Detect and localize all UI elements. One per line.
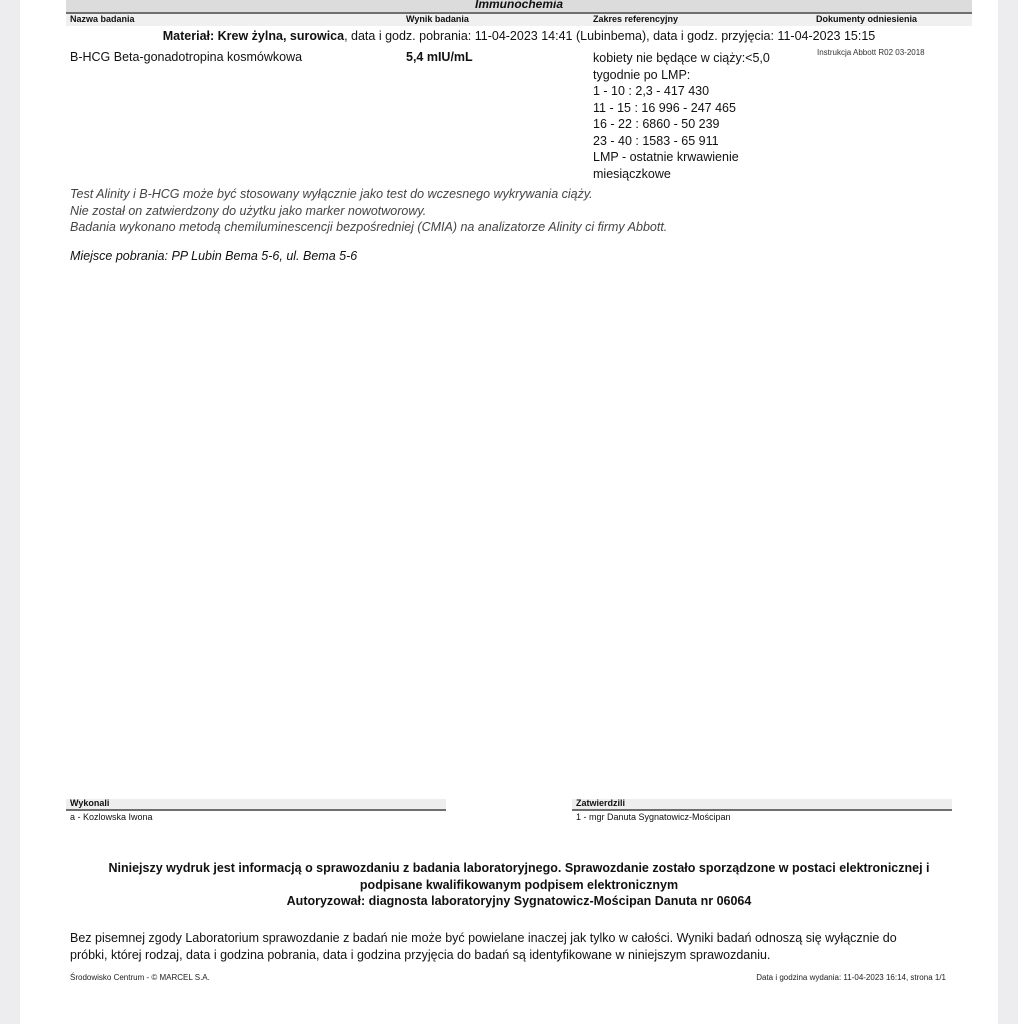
electronic-signature-notice: Niniejszy wydruk jest informacją o spraw…: [66, 860, 972, 910]
notice-line: Autoryzował: diagnosta laboratoryjny Syg…: [66, 893, 972, 910]
footer-left: Środowisko Centrum - © MARCEL S.A.: [70, 973, 210, 982]
footer-right: Data i godzina wydania: 11-04-2023 16:14…: [756, 973, 946, 982]
note-line: Test Alinity i B-HCG może być stosowany …: [70, 186, 667, 203]
material-label: Materiał: Krew żylna, surowica: [163, 29, 344, 43]
section-header-bar: Immunochemia: [66, 0, 972, 14]
reference-line: 16 - 22 : 6860 - 50 239: [593, 116, 770, 133]
section-title: Immunochemia: [66, 0, 972, 11]
note-line: Badania wykonano metodą chemiluminescenc…: [70, 219, 667, 236]
disclaimer-line: próbki, której rodzaj, data i godzina po…: [70, 947, 970, 964]
reproduction-disclaimer: Bez pisemnej zgody Laboratorium sprawozd…: [70, 930, 970, 963]
reference-line: LMP - ostatnie krwawienie: [593, 149, 770, 166]
reference-line: 1 - 10 : 2,3 - 417 430: [593, 83, 770, 100]
material-line: Materiał: Krew żylna, surowica, data i g…: [66, 29, 972, 43]
test-result: 5,4 mIU/mL: [406, 50, 473, 64]
test-name: B-HCG Beta-gonadotropina kosmówkowa: [70, 50, 302, 64]
approved-by-label: Zatwierdzili: [576, 798, 625, 808]
performed-by-name: a - Kozlowska Iwona: [70, 812, 153, 822]
disclaimer-line: Bez pisemnej zgody Laboratorium sprawozd…: [70, 930, 970, 947]
notice-line: Niniejszy wydruk jest informacją o spraw…: [66, 860, 972, 877]
test-notes: Test Alinity i B-HCG może być stosowany …: [70, 186, 667, 236]
reference-range: kobiety nie będące w ciąży:<5,0 tygodnie…: [593, 50, 770, 182]
report-page: Immunochemia Nazwa badania Wynik badania…: [20, 0, 998, 1024]
note-line: Nie został on zatwierdzony do użytku jak…: [70, 203, 667, 220]
reference-document: Instrukcja Abbott R02 03-2018: [817, 48, 925, 57]
approved-by-header: Zatwierdzili: [572, 799, 952, 811]
material-details: , data i godz. pobrania: 11-04-2023 14:4…: [344, 29, 875, 43]
notice-line: podpisane kwalifikowanym podpisem elektr…: [66, 877, 972, 894]
column-header-row: Nazwa badania Wynik badania Zakres refer…: [66, 14, 972, 26]
column-header-name: Nazwa badania: [70, 14, 135, 24]
reference-line: 11 - 15 : 16 996 - 247 465: [593, 100, 770, 117]
column-header-documents: Dokumenty odniesienia: [816, 14, 917, 24]
approved-by-name: 1 - mgr Danuta Sygnatowicz-Mościpan: [576, 812, 731, 822]
reference-line: 23 - 40 : 1583 - 65 911: [593, 133, 770, 150]
reference-line: miesiączkowe: [593, 166, 770, 183]
performed-by-label: Wykonali: [70, 798, 109, 808]
reference-line: tygodnie po LMP:: [593, 67, 770, 84]
collection-place: Miejsce pobrania: PP Lubin Bema 5-6, ul.…: [70, 249, 357, 263]
performed-by-header: Wykonali: [66, 799, 446, 811]
column-header-result: Wynik badania: [406, 14, 469, 24]
column-header-reference: Zakres referencyjny: [593, 14, 678, 24]
reference-line: kobiety nie będące w ciąży:<5,0: [593, 50, 770, 67]
